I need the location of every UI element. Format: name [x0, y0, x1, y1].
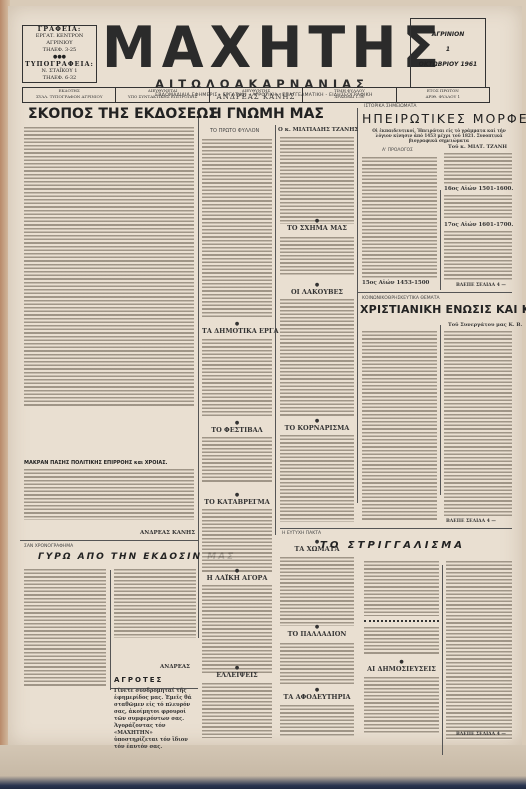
sub-katavregma: ΤΟ ΚΑΤΑΒΡΕΓΜΑ [202, 493, 272, 506]
wavy-divider [364, 620, 439, 625]
date-box: ΑΓΡΙΝΙΟΝ 1 ΟΚΤΩΒΡΙΟΥ 1961 [410, 18, 486, 88]
info-year: ΕΤΟΣ ΠΡΩΤΟΝΑΡΙΘ. ΦΥΛΛΟΥ 1 [397, 88, 489, 102]
striggalisma-continue: ΒΛΕΠΕ ΣΕΛΙΔΑ 4 — [456, 732, 506, 737]
day: 1 [411, 46, 485, 53]
info-director: ΔΙΕΥΘΥΝΤΗΣΑΝΔΡΕΑΣ ΚΑΝΗΣ [210, 88, 303, 102]
headline-agrotes: ΑΓΡΟΤΕΣ [114, 676, 163, 684]
info-direction: ΔΙΕΥΘΥΝΕΤΑΙΥΠΟ ΣΥΝΤΑΚΤΙΚΗΣ ΕΠΙΤΡΟΠΗΣ [116, 88, 209, 102]
print-label: ΤΥΠΟΓΡΑΦΕΙΑ: [23, 61, 96, 68]
agrotes-text: Γίνετε συνδρομηταί τῆς ἐφημερίδος μας. Ἐ… [114, 688, 196, 751]
offices-box: ΓΡΑΦΕΙΑ: ΕΡΓΑΤ. ΚΕΝΤΡΟΝ ΑΓΡΙΝΙΟΥ ΤΗΛΕΦ. … [22, 25, 97, 83]
sub-kornarisma: ΤΟ ΚΟΡΝΑΡΙΣΜΑ [280, 419, 354, 432]
ipirotikes-kicker: ΙΣΤΟΡΙΚΑ ΣΗΜΕΙΩΜΑΤΑ [364, 104, 416, 109]
headline-skopos: ΣΚΟΠΟΣ ΤΗΣ ΕΚΔΟΣΕΩΣ [28, 106, 218, 122]
newspaper-title: ΜΑΧΗΤΗΣ [102, 19, 402, 78]
sub-dimosieuseis: ΑΙ ΔΗΜΟΣΙΕΥΣΕΙΣ [364, 660, 439, 673]
sub-festival: ΤΟ ΦΕΣΤΙΒΑΛ [202, 421, 272, 434]
offices-phone: ΤΗΛΕΦ. 3-25 [43, 47, 76, 53]
sub-dimotika: ΤΑ ΔΗΜΟΤΙΚΑ ΕΡΓΑ [202, 322, 272, 335]
sub-schima: ΤΟ ΣΧΗΜΑ ΜΑΣ [280, 219, 354, 232]
skopos-signature: ΑΝΔΡΕΑΣ ΚΑΝΗΣ [140, 530, 195, 536]
sub-elleipseis: ΕΛΛΕΙΨΕΙΣ [202, 666, 272, 679]
headline-gnomi: Η ΓΝΩΜΗ ΜΑΣ [210, 106, 324, 122]
century-17: 17ος Αἰών 1601-1700. [444, 222, 513, 228]
info-row: ΕΚΔΟΤΗΣΣΥΛΛ. ΤΥΠΟΓΡΑΦΩΝ ΑΓΡΙΝΙΟΥ ΔΙΕΥΘΥΝ… [22, 87, 490, 103]
ipirotikes-continue: ΒΛΕΠΕ ΣΕΛΙΔΑ 4 — [456, 283, 506, 288]
ipirotikes-intro: Οἱ ἐκπαιδευτικοί, Ἠπειρῶται εἰς τό γράμμ… [364, 128, 514, 143]
offices-label: ΓΡΑΦΕΙΑ: [23, 26, 96, 33]
print-phone: ΤΗΛΕΦ. 6-32 [43, 75, 76, 81]
offices-address: ΕΡΓΑΤ. ΚΕΝΤΡΟΝ ΑΓΡΙΝΙΟΥ [36, 33, 84, 46]
sub-lakouves: ΟΙ ΛΑΚΟΥΒΕΣ [280, 283, 354, 296]
gyro-kicker: ΣΑΝ ΧΡΟΝΟΓΡΑΦΗΜΑ [24, 544, 73, 549]
christianiki-kicker: ΚΟΙΝΩΝΙΚΟΘΡΗΣΚΕΥΤΙΚΑ ΘΕΜΑΤΑ [362, 296, 440, 301]
ipirotikes-byline: Τοῦ κ. ΜΙΛΤ. ΤΖΑΝΗ [448, 144, 507, 150]
ipirotikes-section: Α' ΠΡΟΛΟΓΟΣ [382, 148, 413, 153]
headline-striggalisma: ΤΟ ΣΤΡΙΓΓΑΛΙΣΜΑ [320, 540, 465, 551]
century-15: 15ος Αἰών 1453-1500 [362, 280, 429, 286]
century-16: 16ος Αἰών 1501-1600. [444, 186, 513, 192]
issue-date: ΟΚΤΩΒΡΙΟΥ 1961 [411, 61, 485, 68]
christianiki-continue: ΒΛΕΠΕ ΣΕΛΙΔΑ 4 — [446, 519, 496, 524]
place: ΑΓΡΙΝΙΟΝ [411, 31, 485, 38]
info-price: ΤΙΜΗ ΦΥΛΛΟΥΔΡΑΧΜΑΙ 1.50 [303, 88, 396, 102]
christianiki-byline: Τοῦ Συνεργάτου μας Κ. Β. [448, 322, 522, 328]
sub-afodeftiria: ΤΑ ΑΦΟΔΕΥΤΗΡΙΑ [280, 688, 354, 701]
gyro-signature: ΑΝΔΡΕΑΣ [160, 664, 190, 670]
table-surface [0, 745, 526, 789]
headline-ipirotikes: ΗΠΕΙΡΩΤΙΚΕΣ ΜΟΡΦΕΣ [362, 111, 526, 126]
headline-christianiki: ΧΡΙΣΤΙΑΝΙΚΗ ΕΝΩΣΙΣ ΚΑΙ ΚΑΘΗΚΟΝ [360, 303, 526, 316]
sub-laiki-agora: Η ΛΑΪΚΗ ΑΓΟΡΑ [202, 569, 272, 582]
print-address: Ν. ΣΤΑΪΚΟΥ 1 [42, 68, 78, 74]
info-publisher: ΕΚΔΟΤΗΣΣΥΛΛ. ΤΥΠΟΓΡΑΦΩΝ ΑΓΡΙΝΙΟΥ [23, 88, 116, 102]
striggalisma-kicker: Η ΕΥΤΥΧΗ ΠΑΚΤΑ [282, 531, 321, 536]
gnomi-col1-head: ΤΟ ΠΡΩΤΟ ΦΥΛΛΟΝ [210, 128, 259, 134]
gnomi-col2-head: Ο κ. ΜΙΛΤΙΑΔΗΣ ΤΖΑΝΗΣ [278, 127, 358, 133]
skopos-emphasis: ΜΑΚΡΑΝ ΠΑΣΗΣ ΠΟΛΙΤΙΚΗΣ ΕΠΙΡΡΟΗΣ και ΧΡΟΙ… [24, 460, 168, 466]
sub-palladion: ΤΟ ΠΑΛΛΑΔΙΟΝ [280, 625, 354, 638]
